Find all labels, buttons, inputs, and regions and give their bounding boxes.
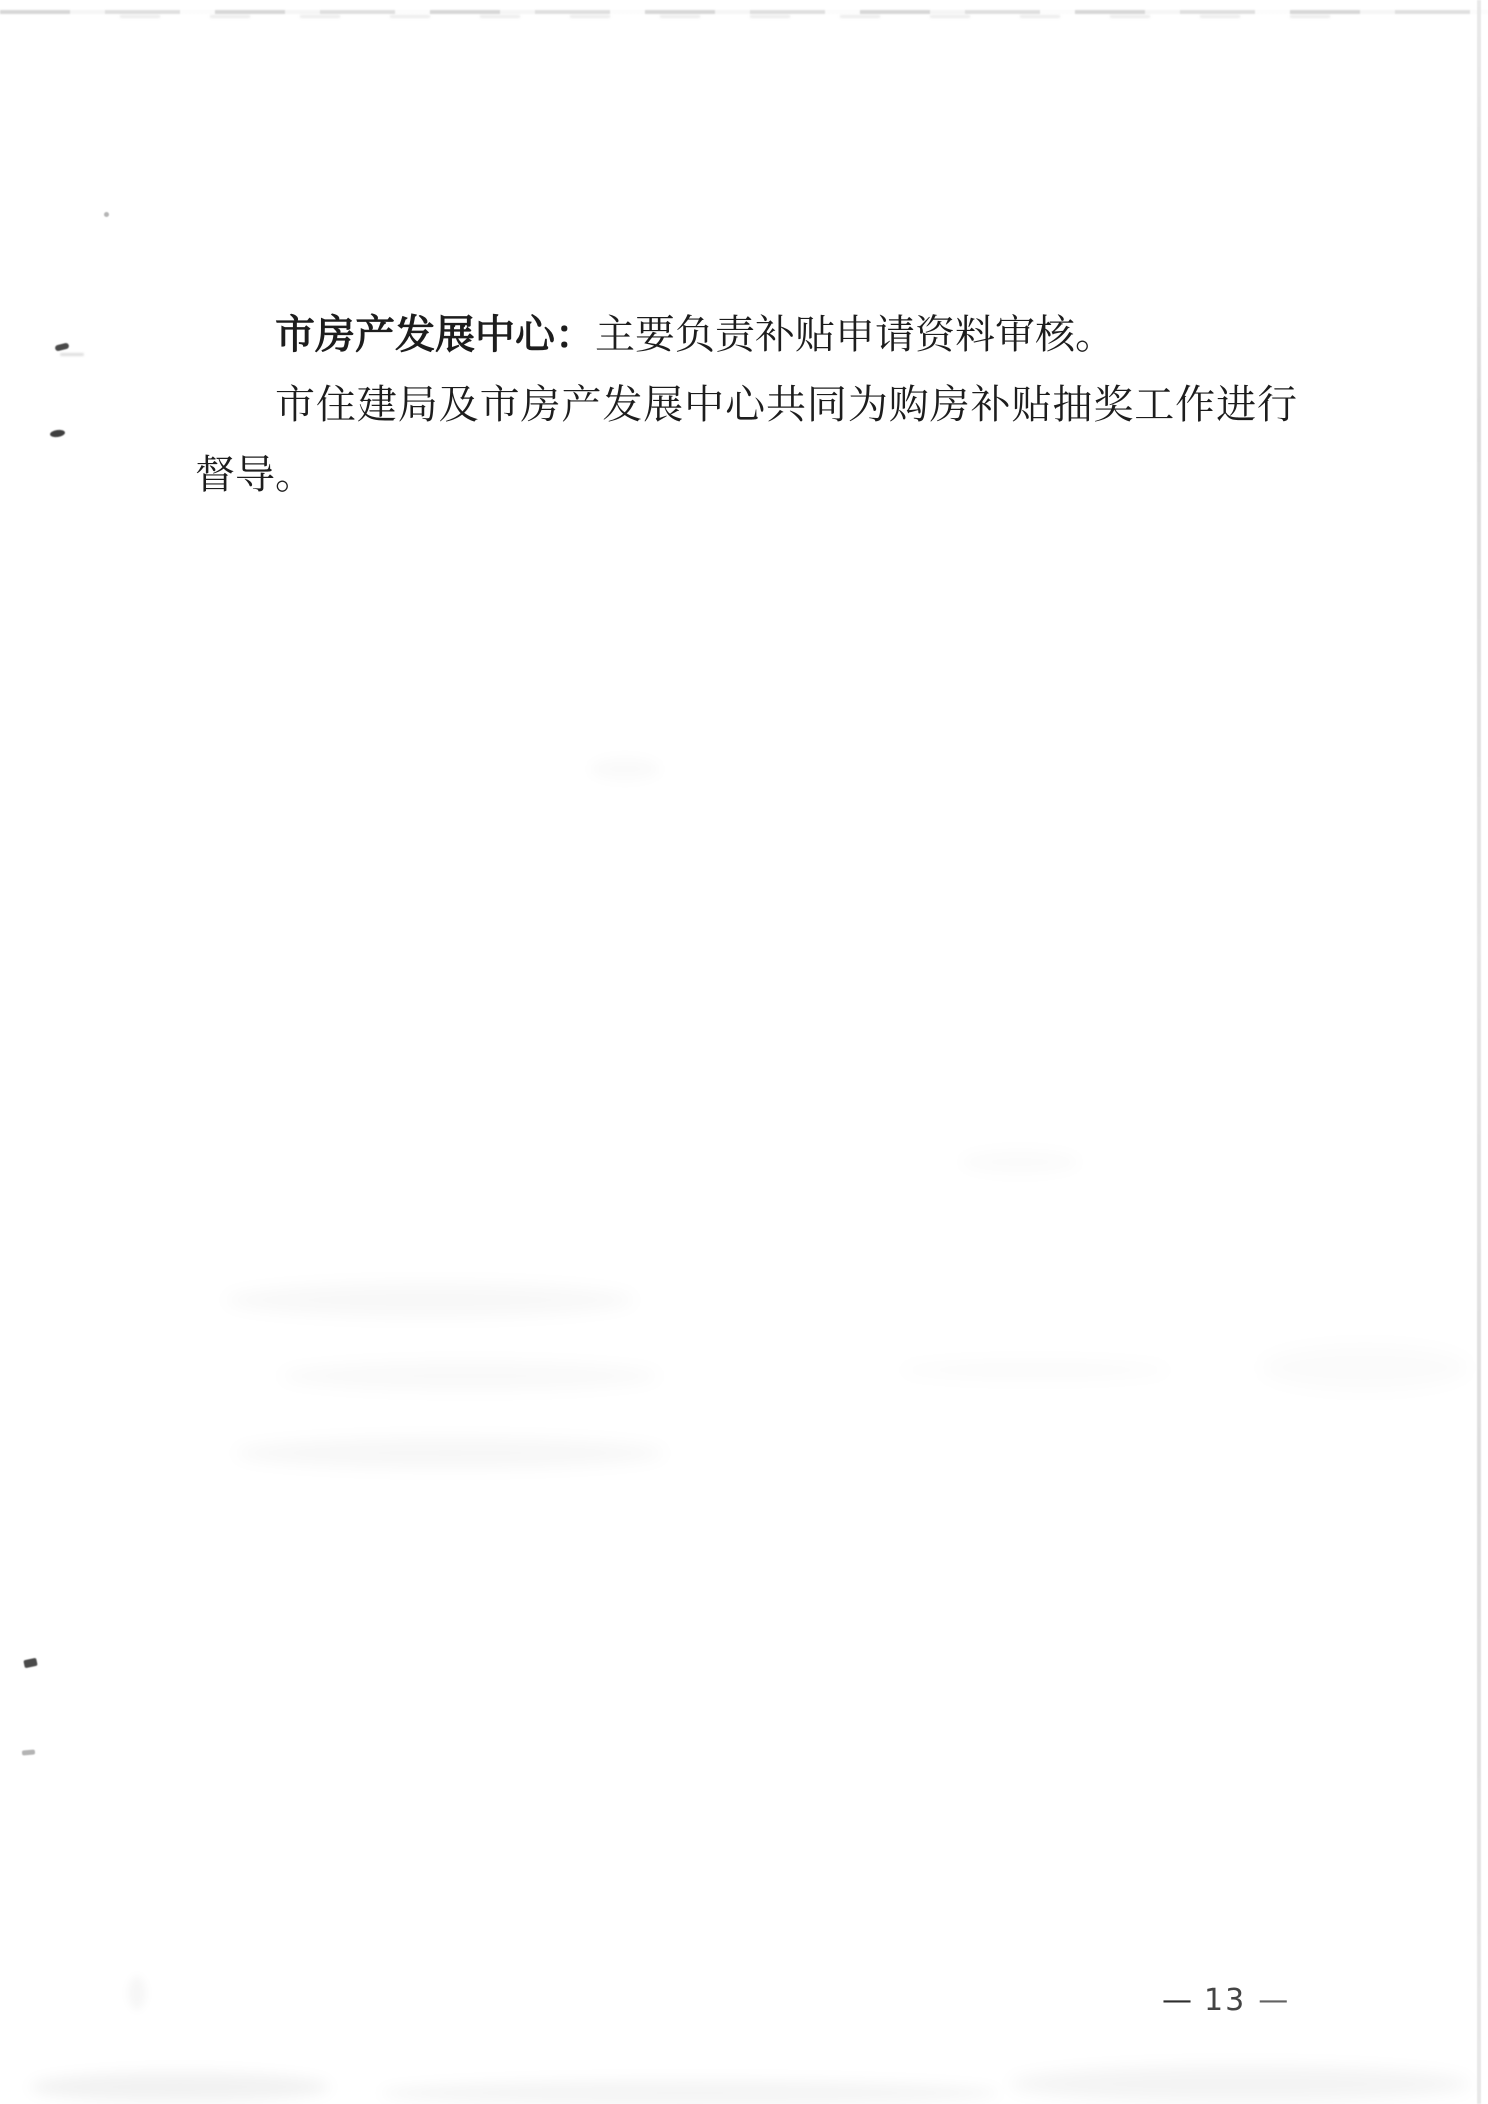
duty-text: 主要负责补贴申请资料审核。 xyxy=(595,312,1115,358)
paragraph-center-duty: 市房产发展中心：主要负责补贴申请资料审核。 xyxy=(195,300,1297,370)
scan-speck xyxy=(60,353,84,356)
scan-smudge xyxy=(128,1976,146,2010)
scan-artifact-top-edge-line xyxy=(0,10,1488,14)
scan-smudge xyxy=(225,1283,635,1317)
scan-speck xyxy=(50,429,66,438)
scan-speck xyxy=(23,1658,37,1669)
scan-bottom-smudge xyxy=(30,2072,330,2102)
page-number: 13 xyxy=(1204,1984,1246,2018)
scan-bottom-smudge xyxy=(1010,2066,1470,2102)
footer-right-dash: — xyxy=(1258,1984,1288,2018)
paragraph-supervision: 市住建局及市房产发展中心共同为购房补贴抽奖工作进行督导。 xyxy=(195,370,1297,510)
document-body: 市房产发展中心：主要负责补贴申请资料审核。 市住建局及市房产发展中心共同为购房补… xyxy=(195,300,1297,510)
scan-smudge xyxy=(590,758,660,780)
scan-smudge xyxy=(960,1150,1080,1174)
org-name-lead: 市房产发展中心： xyxy=(275,312,595,358)
scan-artifact-top-edge-line-2 xyxy=(120,15,1370,18)
scan-speck xyxy=(54,342,69,351)
scan-smudge xyxy=(280,1362,660,1390)
footer-left-dash: — xyxy=(1162,1984,1192,2018)
scan-smudge xyxy=(1260,1345,1470,1390)
scan-smudge xyxy=(235,1438,665,1468)
scan-artifact-right-edge-line xyxy=(1477,0,1481,2104)
scan-speck xyxy=(104,212,109,217)
scanned-document-page: 市房产发展中心：主要负责补贴申请资料审核。 市住建局及市房产发展中心共同为购房补… xyxy=(0,0,1488,2104)
scan-bottom-smudge xyxy=(380,2080,1000,2104)
scan-smudge xyxy=(900,1360,1170,1380)
page-number-footer: — 13 — xyxy=(1162,1984,1288,2018)
scan-speck xyxy=(22,1749,35,1755)
